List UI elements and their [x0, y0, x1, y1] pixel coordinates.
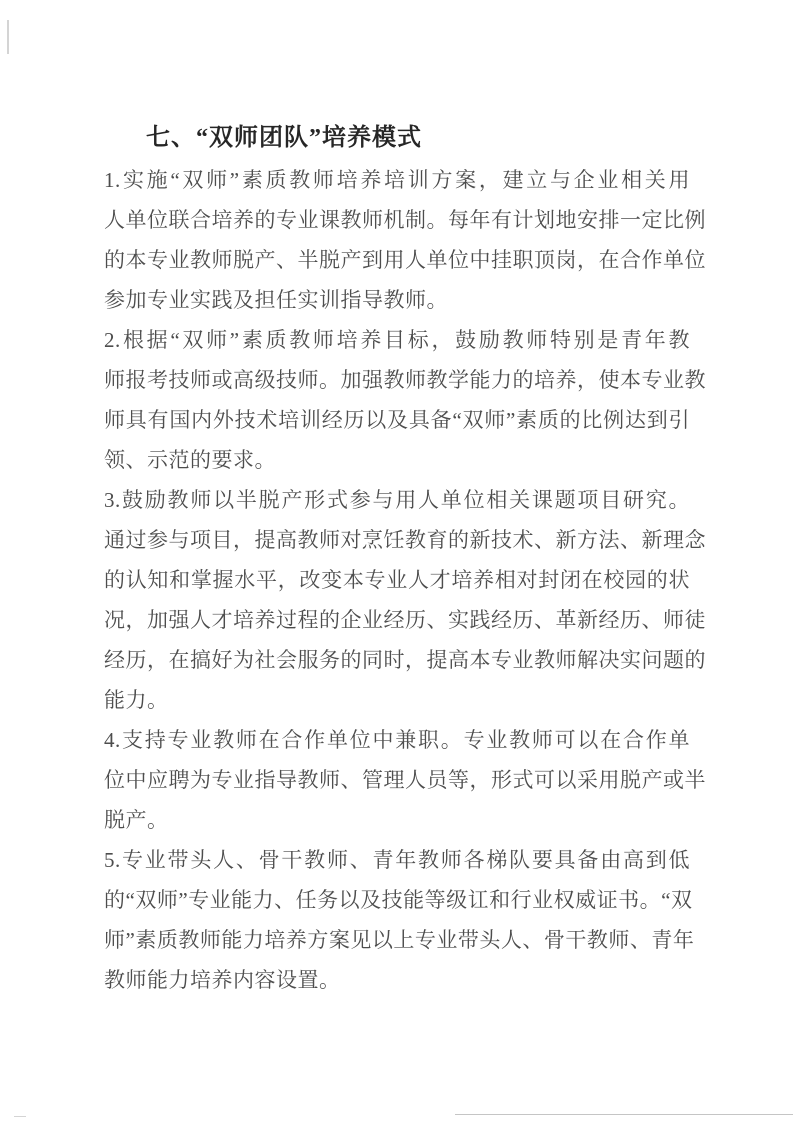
text-line: 2.根据“双师”素质教师培养目标，鼓励教师特别是青年教: [104, 320, 690, 360]
text-line: 脱产。: [104, 800, 690, 840]
text-line: 5.专业带头人、骨干教师、青年教师各梯队要具备由高到低: [104, 840, 690, 880]
text-line: 况，加强人才培养过程的企业经历、实践经历、革新经历、师徒: [104, 600, 690, 640]
text-line: 领、示范的要求。: [104, 440, 690, 480]
text-line: 的认知和掌握水平，改变本专业人才培养相对封闭在校园的状: [104, 560, 690, 600]
scan-artifact-left-mark: [7, 20, 9, 54]
text-line: 1.实施“双师”素质教师培养培训方案，建立与企业相关用: [104, 160, 690, 200]
text-line: 经历，在搞好为社会服务的同时，提高本专业教师解决实问题的: [104, 640, 690, 680]
text-line: 人单位联合培养的专业课教师机制。每年有计划地安排一定比例: [104, 200, 690, 240]
scan-artifact-bottom-dash: [14, 1116, 26, 1117]
text-line: 的“双师”专业能力、任务以及技能等级讧和行业权威证书。“双: [104, 880, 690, 920]
text-line: 3.鼓励教师以半脱产形式参与用人单位相关课题项目研究。: [104, 480, 690, 520]
document-body: 1.实施“双师”素质教师培养培训方案，建立与企业相关用人单位联合培养的专业课教师…: [104, 160, 690, 1000]
section-title: 七、“双师团队”培养模式: [146, 118, 422, 158]
text-line: 师具有国内外技术培训经历以及具备“双师”素质的比例达到引: [104, 400, 690, 440]
text-line: 4.支持专业教师在合作单位中兼职。专业教师可以在合作单: [104, 720, 690, 760]
text-line: 师报考技师或高级技师。加强教师教学能力的培养，使本专业教: [104, 360, 690, 400]
text-line: 的本专业教师脱产、半脱产到用人单位中挂职顶岗，在合作单位: [104, 240, 690, 280]
text-line: 师”素质教师能力培养方案见以上专业带头人、骨干教师、青年: [104, 920, 690, 960]
text-line: 通过参与项目，提高教师对烹饪教育的新技术、新方法、新理念: [104, 520, 690, 560]
text-line: 教师能力培养内容设置。: [104, 960, 690, 1000]
text-line: 位中应聘为专业指导教师、管理人员等，形式可以采用脱产或半: [104, 760, 690, 800]
text-line: 参加专业实践及担任实训指导教师。: [104, 280, 690, 320]
scanned-document-page: 七、“双师团队”培养模式 1.实施“双师”素质教师培养培训方案，建立与企业相关用…: [0, 0, 793, 1123]
text-line: 能力。: [104, 680, 690, 720]
scan-artifact-bottom-line: [455, 1114, 793, 1115]
